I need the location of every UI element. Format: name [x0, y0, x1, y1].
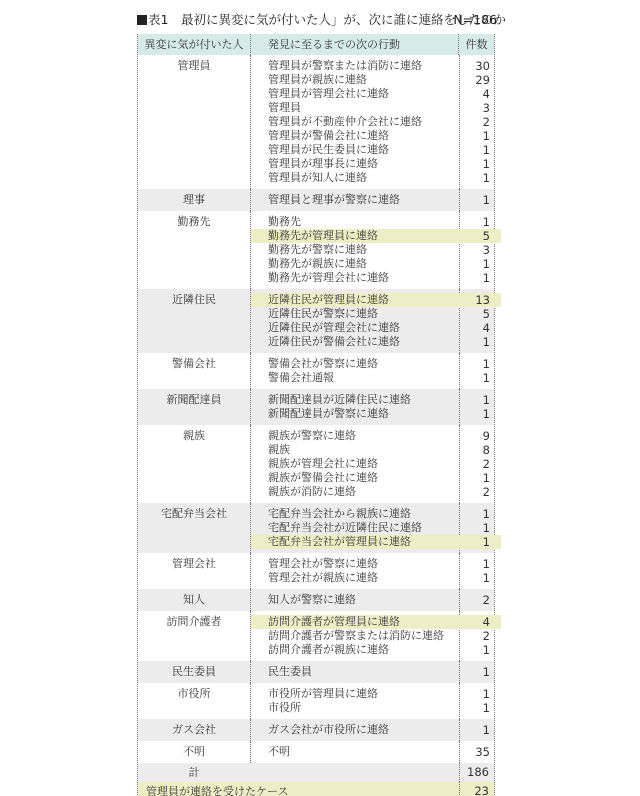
- action-text: 勤務先が管理員に連絡: [251, 229, 495, 243]
- action-text: ガス会社が市役所に連絡: [251, 723, 459, 737]
- group-counts: 11: [459, 683, 495, 719]
- total-spacer: [250, 763, 459, 782]
- group-actions: 勤務先勤務先が管理員に連絡勤務先が警察に連絡勤務先が親族に連絡勤務先が管理会社に…: [250, 211, 459, 289]
- table-title-text: 表1 最初に異変に気が付いた人」が、次に誰に連絡をしたのか: [148, 12, 506, 27]
- group-counts: 111: [459, 503, 495, 553]
- count-value: 2: [460, 485, 495, 499]
- manager-cases-row: 管理員が連絡を受けたケース 23: [138, 782, 494, 796]
- count-value: 29: [460, 73, 495, 87]
- count-value: 1: [460, 535, 501, 549]
- action-text: 勤務先が管理会社に連絡: [251, 271, 459, 285]
- sample-size: N=186: [453, 11, 497, 29]
- count-value: 5: [460, 307, 495, 321]
- group-counts: 11: [459, 553, 495, 589]
- action-text: 不明: [251, 745, 459, 759]
- group-actions: 不明: [250, 741, 459, 763]
- action-text: 訪問介護者が親族に連絡: [251, 643, 459, 657]
- group-actions: 親族が警察に連絡親族親族が管理会社に連絡親族が警備会社に連絡親族が消防に連絡: [250, 425, 459, 503]
- action-text: 親族が警備会社に連絡: [251, 471, 459, 485]
- action-text: 警備会社通報: [251, 371, 459, 385]
- group-actions: 訪問介護者が管理員に連絡訪問介護者が警察または消防に連絡訪問介護者が親族に連絡: [250, 611, 459, 661]
- table-group: 管理員管理員が警察または消防に連絡管理員が親族に連絡管理員が管理会社に連絡管理員…: [138, 55, 494, 189]
- table-title: 表1 最初に異変に気が付いた人」が、次に誰に連絡をしたのか N=186: [137, 11, 497, 29]
- group-actions: 市役所が管理員に連絡市役所: [250, 683, 459, 719]
- count-value: 1: [460, 471, 495, 485]
- group-counts: 421: [459, 611, 495, 661]
- group-who: 訪問介護者: [138, 611, 250, 661]
- group-who: 管理員: [138, 55, 250, 189]
- count-value: 1: [460, 143, 495, 157]
- group-counts: 1: [459, 189, 495, 211]
- table-group: 近隣住民近隣住民が管理員に連絡近隣住民が警察に連絡近隣住民が管理会社に連絡近隣住…: [138, 289, 494, 353]
- group-actions: 民生委員: [250, 661, 459, 683]
- table-group: 新聞配達員新聞配達員が近隣住民に連絡新聞配達員が警察に連絡11: [138, 389, 494, 425]
- action-text: 訪問介護者が管理員に連絡: [251, 615, 495, 629]
- table-body: 管理員管理員が警察または消防に連絡管理員が親族に連絡管理員が管理会社に連絡管理員…: [138, 55, 494, 763]
- manager-cases-label: 管理員が連絡を受けたケース: [138, 782, 459, 796]
- group-who: 不明: [138, 741, 250, 763]
- action-text: 管理会社が親族に連絡: [251, 571, 459, 585]
- group-actions: 近隣住民が管理員に連絡近隣住民が警察に連絡近隣住民が管理会社に連絡近隣住民が警備…: [250, 289, 459, 353]
- action-text: 親族が警察に連絡: [251, 429, 459, 443]
- contact-table: 異変に気が付いた人 発見に至るまでの次の行動 件数 管理員管理員が警察または消防…: [137, 34, 495, 796]
- table-group: ガス会社ガス会社が市役所に連絡1: [138, 719, 494, 741]
- total-count: 186: [459, 763, 494, 782]
- count-value: 1: [460, 129, 495, 143]
- action-text: 近隣住民が警察に連絡: [251, 307, 459, 321]
- group-counts: 30294321111: [459, 55, 495, 189]
- group-who: 近隣住民: [138, 289, 250, 353]
- table-group: 理事管理員と理事が警察に連絡1: [138, 189, 494, 211]
- group-who: ガス会社: [138, 719, 250, 741]
- action-text: 知人が警察に連絡: [251, 593, 459, 607]
- count-value: 1: [460, 557, 495, 571]
- header-who: 異変に気が付いた人: [138, 34, 250, 55]
- table-group: 親族親族が警察に連絡親族親族が管理会社に連絡親族が警備会社に連絡親族が消防に連絡…: [138, 425, 494, 503]
- count-value: 1: [460, 507, 495, 521]
- count-value: 1: [460, 665, 495, 679]
- action-text: 近隣住民が管理員に連絡: [251, 293, 495, 307]
- count-value: 1: [460, 701, 495, 715]
- count-value: 1: [460, 723, 495, 737]
- group-actions: ガス会社が市役所に連絡: [250, 719, 459, 741]
- action-text: 新聞配達員が近隣住民に連絡: [251, 393, 459, 407]
- action-text: 市役所: [251, 701, 459, 715]
- action-text: 管理員が不動産仲介会社に連絡: [251, 115, 459, 129]
- action-text: 近隣住民が警備会社に連絡: [251, 335, 459, 349]
- count-value: 4: [460, 615, 501, 629]
- action-text: 民生委員: [251, 665, 459, 679]
- table-group: 不明不明35: [138, 741, 494, 763]
- group-actions: 知人が警察に連絡: [250, 589, 459, 611]
- table-header: 異変に気が付いた人 発見に至るまでの次の行動 件数: [138, 34, 494, 55]
- count-value: 5: [460, 229, 501, 243]
- group-who: 警備会社: [138, 353, 250, 389]
- count-value: 9: [460, 429, 495, 443]
- manager-cases-count: 23: [459, 782, 494, 796]
- table-group: 市役所市役所が管理員に連絡市役所11: [138, 683, 494, 719]
- group-actions: 新聞配達員が近隣住民に連絡新聞配達員が警察に連絡: [250, 389, 459, 425]
- count-value: 4: [460, 321, 495, 335]
- group-who: 知人: [138, 589, 250, 611]
- count-value: 2: [460, 593, 495, 607]
- count-value: 1: [460, 215, 495, 229]
- count-value: 1: [460, 407, 495, 421]
- count-value: 2: [460, 115, 495, 129]
- count-value: 3: [460, 243, 495, 257]
- group-who: 新聞配達員: [138, 389, 250, 425]
- action-text: 親族が管理会社に連絡: [251, 457, 459, 471]
- count-value: 4: [460, 87, 495, 101]
- action-text: 管理員が管理会社に連絡: [251, 87, 459, 101]
- action-text: 管理員が親族に連絡: [251, 73, 459, 87]
- group-who: 管理会社: [138, 553, 250, 589]
- header-count: 件数: [458, 34, 494, 55]
- table-group: 訪問介護者訪問介護者が管理員に連絡訪問介護者が警察または消防に連絡訪問介護者が親…: [138, 611, 494, 661]
- count-value: 1: [460, 357, 495, 371]
- action-text: 管理員が知人に連絡: [251, 171, 459, 185]
- action-text: 管理員が警備会社に連絡: [251, 129, 459, 143]
- count-value: 1: [460, 171, 495, 185]
- count-value: 1: [460, 687, 495, 701]
- group-counts: 15311: [459, 211, 495, 289]
- action-text: 勤務先が警察に連絡: [251, 243, 459, 257]
- action-text: 親族: [251, 443, 459, 457]
- count-value: 30: [460, 59, 495, 73]
- action-text: 宅配弁当会社が近隣住民に連絡: [251, 521, 459, 535]
- group-who: 市役所: [138, 683, 250, 719]
- group-actions: 警備会社が警察に連絡警備会社通報: [250, 353, 459, 389]
- count-value: 13: [460, 293, 501, 307]
- group-counts: 11: [459, 389, 495, 425]
- table-group: 宅配弁当会社宅配弁当会社から親族に連絡宅配弁当会社が近隣住民に連絡宅配弁当会社が…: [138, 503, 494, 553]
- count-value: 2: [460, 457, 495, 471]
- action-text: 市役所が管理員に連絡: [251, 687, 459, 701]
- count-value: 8: [460, 443, 495, 457]
- action-text: 管理員と理事が警察に連絡: [251, 193, 459, 207]
- group-actions: 管理員と理事が警察に連絡: [250, 189, 459, 211]
- group-actions: 管理員が警察または消防に連絡管理員が親族に連絡管理員が管理会社に連絡管理員管理員…: [250, 55, 459, 189]
- count-value: 1: [460, 257, 495, 271]
- action-text: 新聞配達員が警察に連絡: [251, 407, 459, 421]
- action-text: 親族が消防に連絡: [251, 485, 459, 499]
- action-text: 警備会社が警察に連絡: [251, 357, 459, 371]
- group-counts: 1: [459, 661, 495, 683]
- count-value: 1: [460, 157, 495, 171]
- table-group: 勤務先勤務先勤務先が管理員に連絡勤務先が警察に連絡勤務先が親族に連絡勤務先が管理…: [138, 211, 494, 289]
- action-text: 管理員が理事長に連絡: [251, 157, 459, 171]
- header-action: 発見に至るまでの次の行動: [250, 34, 458, 55]
- action-text: 近隣住民が管理会社に連絡: [251, 321, 459, 335]
- total-row: 計 186: [138, 763, 494, 782]
- group-counts: 35: [459, 741, 495, 763]
- count-value: 1: [460, 371, 495, 385]
- count-value: 35: [460, 745, 495, 759]
- table-group: 知人知人が警察に連絡2: [138, 589, 494, 611]
- group-actions: 管理会社が警察に連絡管理会社が親族に連絡: [250, 553, 459, 589]
- action-text: 管理員が警察または消防に連絡: [251, 59, 459, 73]
- table-group: 管理会社管理会社が警察に連絡管理会社が親族に連絡11: [138, 553, 494, 589]
- count-value: 2: [460, 629, 495, 643]
- table-group: 警備会社警備会社が警察に連絡警備会社通報11: [138, 353, 494, 389]
- action-text: 訪問介護者が警察または消防に連絡: [251, 629, 459, 643]
- group-counts: 13541: [459, 289, 495, 353]
- action-text: 宅配弁当会社から親族に連絡: [251, 507, 459, 521]
- count-value: 1: [460, 335, 495, 349]
- group-counts: 2: [459, 589, 495, 611]
- group-counts: 1: [459, 719, 495, 741]
- group-who: 民生委員: [138, 661, 250, 683]
- group-who: 宅配弁当会社: [138, 503, 250, 553]
- action-text: 勤務先が親族に連絡: [251, 257, 459, 271]
- total-label: 計: [138, 763, 250, 782]
- action-text: 管理会社が警察に連絡: [251, 557, 459, 571]
- count-value: 1: [460, 393, 495, 407]
- count-value: 3: [460, 101, 495, 115]
- table-group: 民生委員民生委員1: [138, 661, 494, 683]
- group-who: 勤務先: [138, 211, 250, 289]
- action-text: 管理員: [251, 101, 459, 115]
- count-value: 1: [460, 193, 495, 207]
- action-text: 管理員が民生委員に連絡: [251, 143, 459, 157]
- action-text: 宅配弁当会社が管理員に連絡: [251, 535, 495, 549]
- group-counts: 11: [459, 353, 495, 389]
- count-value: 1: [460, 571, 495, 585]
- count-value: 1: [460, 271, 495, 285]
- group-counts: 98212: [459, 425, 495, 503]
- group-who: 理事: [138, 189, 250, 211]
- group-actions: 宅配弁当会社から親族に連絡宅配弁当会社が近隣住民に連絡宅配弁当会社が管理員に連絡: [250, 503, 459, 553]
- group-who: 親族: [138, 425, 250, 503]
- square-bullet-icon: [137, 15, 147, 25]
- action-text: 勤務先: [251, 215, 459, 229]
- count-value: 1: [460, 521, 495, 535]
- count-value: 1: [460, 643, 495, 657]
